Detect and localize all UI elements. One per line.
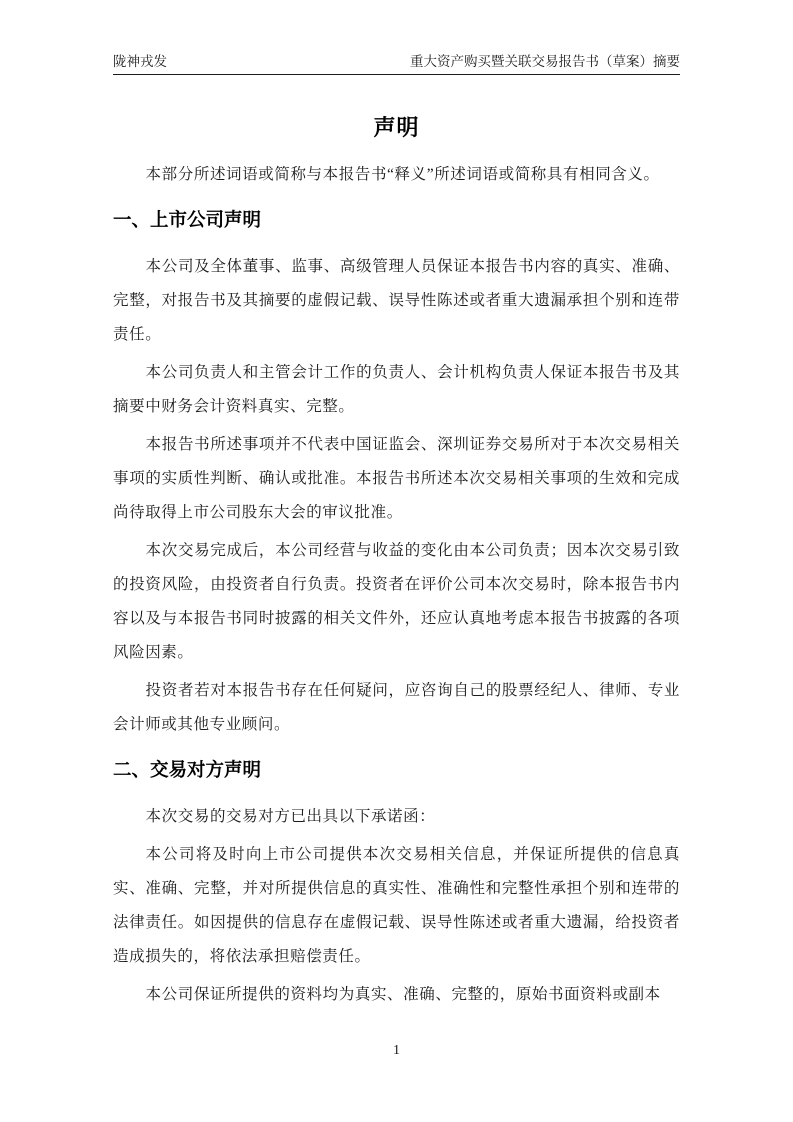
header-company-name: 陇神戎发 xyxy=(113,53,167,70)
header-report-title: 重大资产购买暨关联交易报告书（草案）摘要 xyxy=(410,53,680,70)
document-body: 声明 本部分所述词语或简称与本报告书“释义”所述词语或简称具有相同含义。 一、上… xyxy=(113,74,680,1016)
section-1-paragraph-5: 投资者若对本报告书存在任何疑问，应咨询自己的股票经纪人、律师、专业会计师或其他专… xyxy=(113,674,680,742)
section-2-paragraph-3: 本公司保证所提供的资料均为真实、准确、完整的，原始书面资料或副本 xyxy=(113,978,680,1012)
section-2-paragraph-1: 本次交易的交易对方已出具以下承诺函： xyxy=(113,800,680,834)
document-page: 陇神戎发 重大资产购买暨关联交易报告书（草案）摘要 声明 本部分所述词语或简称与… xyxy=(0,0,793,1122)
section-1-paragraph-3: 本报告书所述事项并不代表中国证监会、深圳证券交易所对于本次交易相关事项的实质性判… xyxy=(113,428,680,530)
page-footer: 1 xyxy=(0,1042,793,1060)
section-1-paragraph-4: 本次交易完成后，本公司经营与收益的变化由本公司负责；因本次交易引致的投资风险，由… xyxy=(113,534,680,670)
page-number: 1 xyxy=(393,1043,400,1058)
section-1-paragraph-2: 本公司负责人和主管会计工作的负责人、会计机构负责人保证本报告书及其摘要中财务会计… xyxy=(113,356,680,424)
section-2-paragraph-2: 本公司将及时向上市公司提供本次交易相关信息，并保证所提供的信息真实、准确、完整，… xyxy=(113,838,680,974)
document-title: 声明 xyxy=(113,114,680,142)
section-1-paragraph-1: 本公司及全体董事、监事、高级管理人员保证本报告书内容的真实、准确、完整，对报告书… xyxy=(113,250,680,352)
intro-paragraph: 本部分所述词语或简称与本报告书“释义”所述词语或简称具有相同含义。 xyxy=(113,158,680,192)
section-1-heading: 一、上市公司声明 xyxy=(113,207,680,232)
page-header: 陇神戎发 重大资产购买暨关联交易报告书（草案）摘要 xyxy=(113,53,680,75)
section-2-heading: 二、交易对方声明 xyxy=(113,757,680,782)
